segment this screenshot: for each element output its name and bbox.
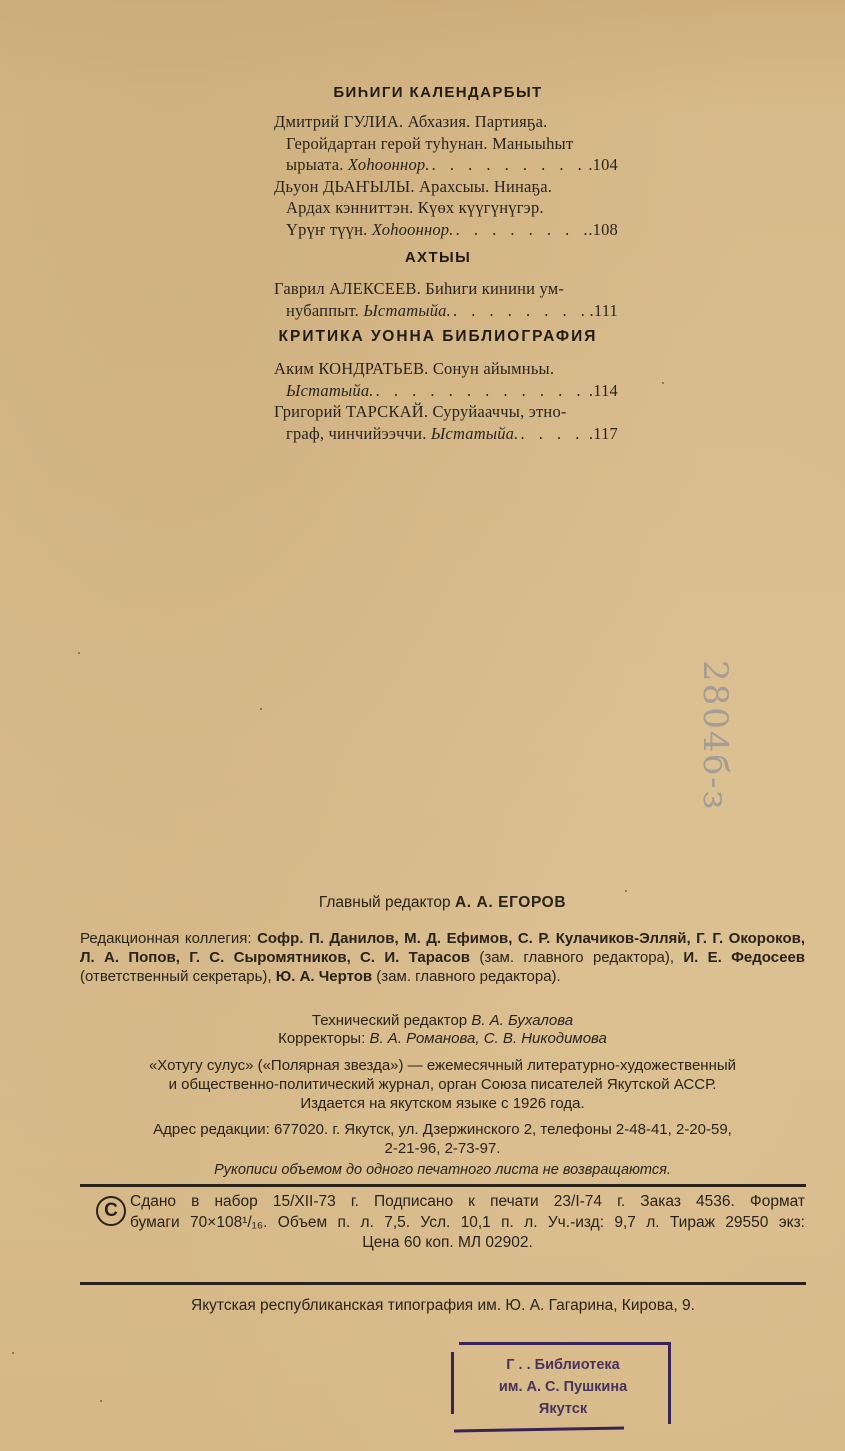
entry-line: Гаврил АЛЕКСЕЕВ. Биһиги кинини ум- bbox=[258, 278, 618, 300]
correctors-label: Корректоры: bbox=[278, 1030, 365, 1047]
paper-speck bbox=[78, 652, 80, 654]
description-line: и общественно-политический журнал, орган… bbox=[80, 1075, 805, 1094]
divider bbox=[80, 1282, 806, 1285]
entry-genre: Ыстатыйа. bbox=[363, 301, 451, 320]
entry-text: нубаппыт. bbox=[286, 301, 359, 320]
pencil-annotation: 2804б-з bbox=[695, 660, 735, 811]
board-note: (зам. главного редактора). bbox=[376, 968, 560, 985]
entry-last-line: Ыстатыйа. . . . . . . . . . . . . . . . … bbox=[258, 380, 618, 402]
entry-line: Ардах кэнниттэн. Күөх күүгүнүгэр. bbox=[258, 197, 618, 219]
imprint-line: Цена 60 коп. МЛ 02902. bbox=[90, 1233, 805, 1254]
board-members: Ю. А. Чертов bbox=[276, 968, 372, 985]
page-number: .104 bbox=[588, 154, 618, 176]
toc-entry: Дмитрий ГУЛИА. Абхазия. Партияҕа. Геройд… bbox=[258, 111, 618, 176]
entry-last-line: граф, чинчийээччи. Ыстатыйа. . . . . . .… bbox=[258, 423, 618, 445]
paper-speck bbox=[625, 890, 627, 892]
entry-line: Аким КОНДРАТЬЕВ. Сонун айымньы. bbox=[258, 358, 618, 380]
toc-entry: Григорий ТАРСКАЙ. Суруйааччы, этно- граф… bbox=[258, 401, 618, 444]
library-stamp: Г . . Библиотека им. А. С. Пушкина Якутс… bbox=[451, 1342, 671, 1437]
stamp-text: Г . . Библиотека им. А. С. Пушкина Якутс… bbox=[463, 1354, 663, 1420]
stamp-border-bottom bbox=[454, 1427, 624, 1432]
entry-genre: Ыстатыйа. bbox=[286, 381, 374, 400]
entry-last-line: Үрүҥ түүн. Хоһооннор. . . . . . . . . . … bbox=[258, 219, 618, 241]
manuscripts-notice: Рукописи объемом до одного печатного лис… bbox=[80, 1160, 805, 1180]
board-note: (зам. главного редактора), bbox=[479, 949, 674, 966]
divider bbox=[80, 1184, 806, 1187]
technical-staff: Технический редактор В. А. Бухалова Корр… bbox=[80, 1012, 805, 1048]
page-number: .108 bbox=[588, 219, 618, 241]
stamp-line: Якутск bbox=[463, 1398, 663, 1420]
toc-entry: Дьуон ДЬАҤЫЛЫ. Арахсыы. Нинаҕа. Ардах кэ… bbox=[258, 176, 618, 241]
entry-text: граф, чинчийээччи. bbox=[286, 424, 427, 443]
stamp-border-top bbox=[459, 1342, 671, 1345]
stamp-line: им. А. С. Пушкина bbox=[463, 1376, 663, 1398]
paper-speck bbox=[12, 1352, 14, 1354]
copyright-icon: С bbox=[96, 1196, 126, 1226]
entry-text: ырыата. bbox=[286, 155, 344, 174]
section-title: БИҺИГИ КАЛЕНДАРБЫТ bbox=[258, 84, 618, 101]
leader-dots: . . . . . . . . . . . . . . . bbox=[430, 154, 589, 176]
chief-editor: Главный редактор А. А. ЕГОРОВ bbox=[80, 893, 805, 913]
editorial-address: Адрес редакции: 677020. г. Якутск, ул. Д… bbox=[80, 1120, 805, 1158]
imprint-line: бумаги 70×108¹/₁₆. Объем п. л. 7,5. Усл.… bbox=[130, 1213, 805, 1234]
imprint-block: С Сдано в набор 15/XII-73 г. Подписано к… bbox=[90, 1192, 805, 1254]
page-number: .117 bbox=[589, 423, 618, 445]
journal-description: «Хотугу сулус» («Полярная звезда») — еже… bbox=[80, 1056, 805, 1113]
page-number: .111 bbox=[590, 300, 618, 322]
board-note: (ответственный секретарь), bbox=[80, 968, 272, 985]
entry-line: Дмитрий ГУЛИА. Абхазия. Партияҕа. bbox=[258, 111, 618, 133]
description-line: «Хотугу сулус» («Полярная звезда») — еже… bbox=[80, 1056, 805, 1075]
document-page: БИҺИГИ КАЛЕНДАРБЫТ Дмитрий ГУЛИА. Абхази… bbox=[0, 0, 845, 1451]
leader-dots: . . . . . . . . . . . . . . . bbox=[454, 219, 589, 241]
editorial-board: Редакционная коллегия: Софр. П. Данилов,… bbox=[80, 929, 805, 986]
page-number: .114 bbox=[589, 380, 618, 402]
description-line: Издается на якутском языке с 1926 года. bbox=[80, 1094, 805, 1113]
entry-line: Григорий ТАРСКАЙ. Суруйааччы, этно- bbox=[258, 401, 618, 423]
stamp-border-right bbox=[668, 1344, 671, 1424]
leader-dots: . . . . . . . . . . . . . . . bbox=[518, 423, 588, 445]
chief-editor-name: А. А. ЕГОРОВ bbox=[455, 894, 566, 911]
entry-text: Үрүҥ түүн. bbox=[286, 220, 368, 239]
entry-line: Геройдартан герой туһунан. Маныыһыт bbox=[258, 133, 618, 155]
address-line: 2-21-96, 2-73-97. bbox=[80, 1139, 805, 1158]
board-members: И. Е. Федосеев bbox=[683, 949, 805, 966]
tech-editor-name: В. А. Бухалова bbox=[471, 1012, 573, 1029]
printing-house: Якутская республиканская типография им. … bbox=[80, 1297, 806, 1315]
toc-entry: Гаврил АЛЕКСЕЕВ. Биһиги кинини ум- нубап… bbox=[258, 278, 618, 321]
entry-last-line: ырыата. Хоһооннор. . . . . . . . . . . .… bbox=[258, 154, 618, 176]
paper-speck bbox=[100, 1400, 102, 1402]
stamp-border-left bbox=[451, 1352, 454, 1414]
table-of-contents: БИҺИГИ КАЛЕНДАРБЫТ Дмитрий ГУЛИА. Абхази… bbox=[258, 84, 618, 444]
tech-editor-label: Технический редактор bbox=[312, 1012, 467, 1029]
entry-genre: Хоһооннор. bbox=[372, 220, 454, 239]
leader-dots: . . . . . . . . . . . . . . . bbox=[374, 380, 589, 402]
paper-speck bbox=[662, 382, 664, 384]
imprint-line: Сдано в набор 15/XII-73 г. Подписано к п… bbox=[130, 1192, 805, 1213]
section-title: АХТЫЫ bbox=[258, 249, 618, 266]
correctors-names: В. А. Романова, С. В. Никодимова bbox=[369, 1030, 606, 1047]
entry-last-line: нубаппыт. Ыстатыйа. . . . . . . . . . . … bbox=[258, 300, 618, 322]
entry-line: Дьуон ДЬАҤЫЛЫ. Арахсыы. Нинаҕа. bbox=[258, 176, 618, 198]
toc-entry: Аким КОНДРАТЬЕВ. Сонун айымньы. Ыстатыйа… bbox=[258, 358, 618, 401]
address-line: Адрес редакции: 677020. г. Якутск, ул. Д… bbox=[80, 1120, 805, 1139]
section-title: КРИТИКА УОННА БИБЛИОГРАФИЯ bbox=[258, 328, 618, 346]
entry-genre: Хоһооннор. bbox=[348, 155, 430, 174]
board-label: Редакционная коллегия: bbox=[80, 930, 252, 947]
paper-speck bbox=[260, 708, 262, 710]
stamp-line: Г . . Библиотека bbox=[463, 1354, 663, 1376]
leader-dots: . . . . . . . . . . . . . . . bbox=[451, 300, 590, 322]
chief-editor-label: Главный редактор bbox=[319, 894, 451, 911]
entry-genre: Ыстатыйа. bbox=[431, 424, 519, 443]
